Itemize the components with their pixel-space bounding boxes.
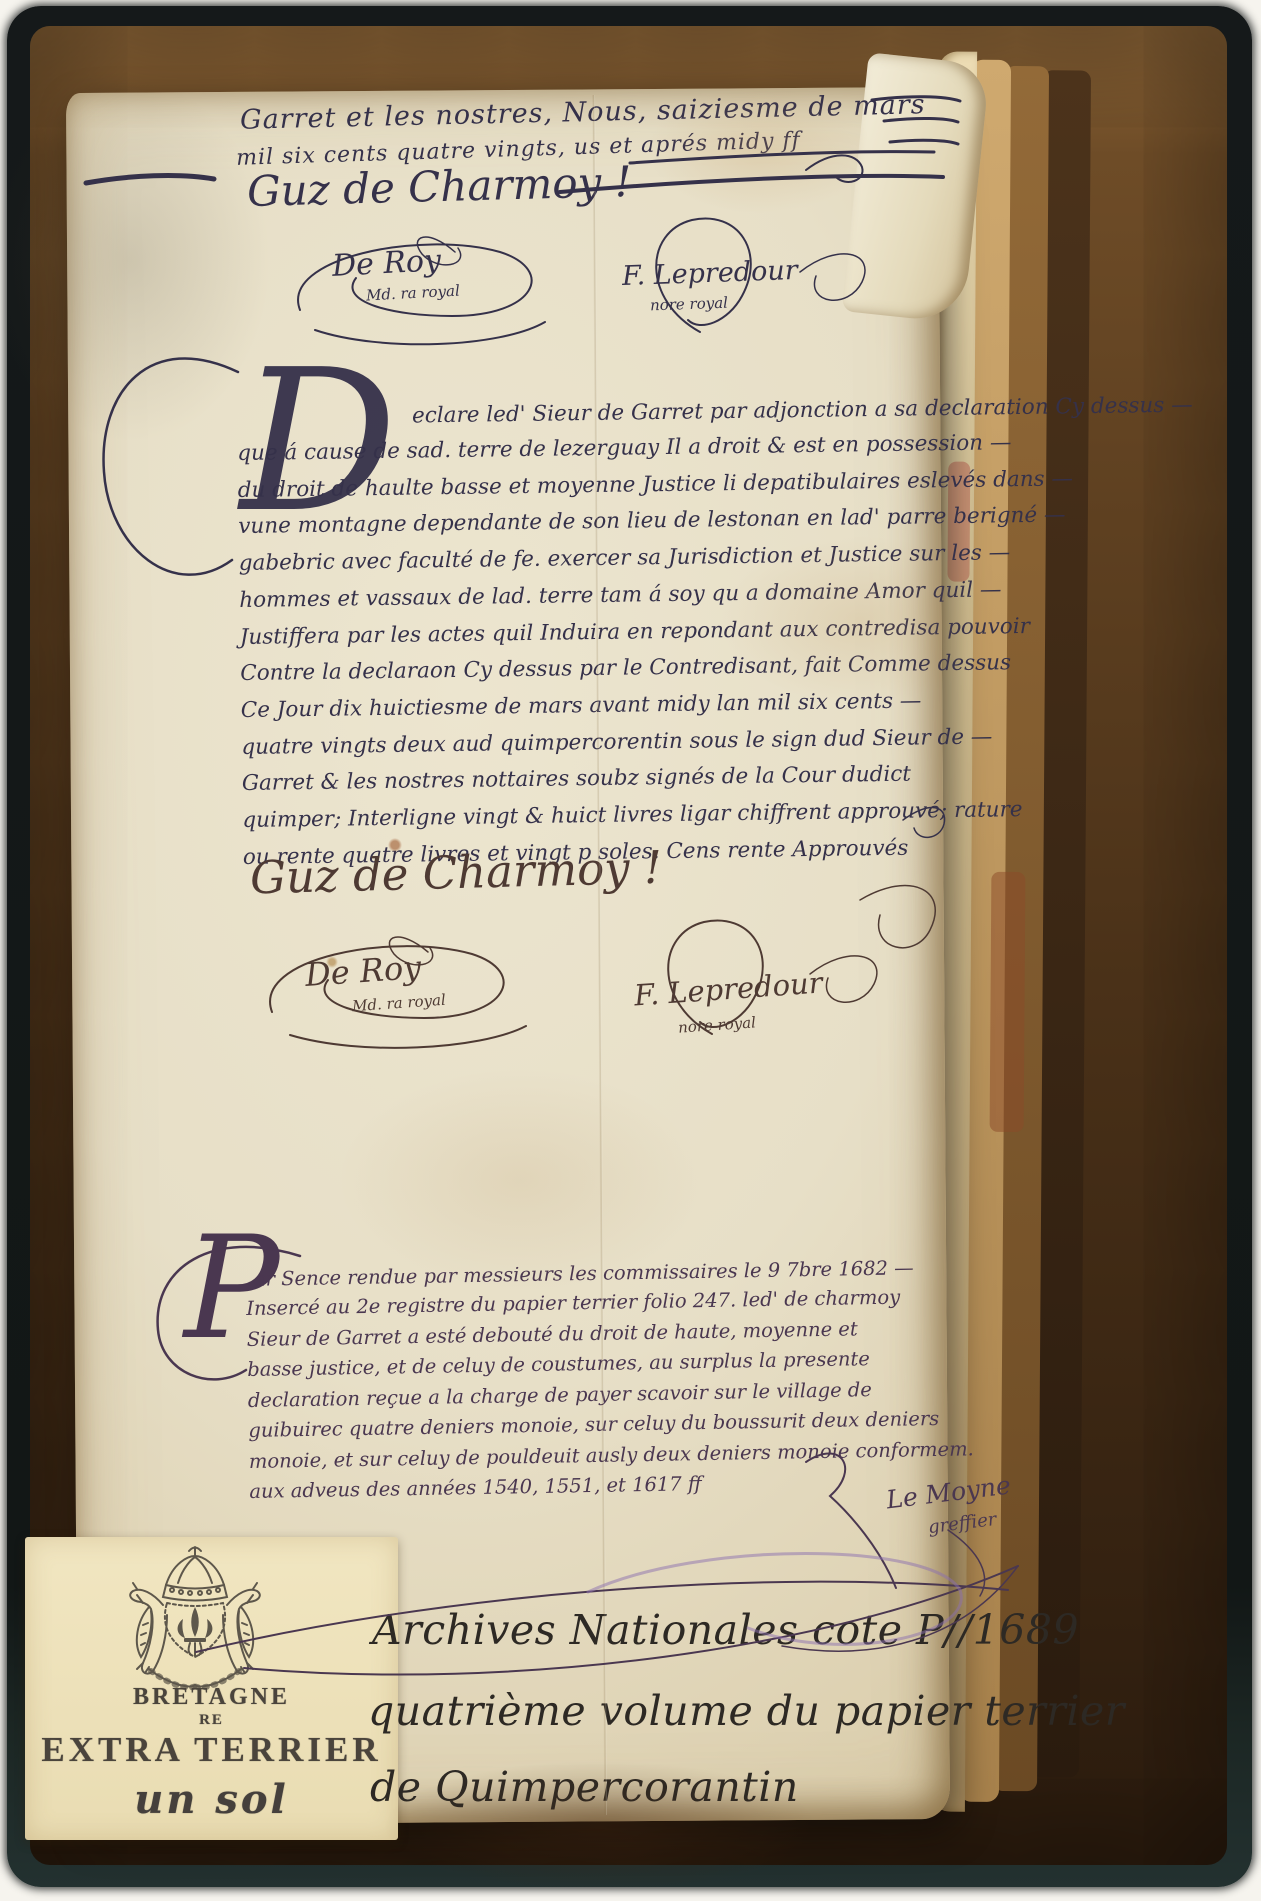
stamp-region-label: BRETAGNE (25, 1684, 398, 1711)
signature-lepredour-title: nore royal (650, 294, 729, 315)
caption-line: de Quimpercorantin (370, 1763, 799, 1811)
caption-line: quatrième volume du papier terrier (368, 1687, 1125, 1735)
page-edge-tint (990, 872, 1026, 1132)
signature-charmoy: Guz de Charmoy ! (249, 841, 662, 905)
stamp-title-label: EXTRA TERRIER (25, 1730, 398, 1770)
book-page-edges (927, 51, 1091, 1812)
declaration-paragraph: que á cause de sad. terre de lezerguay I… (237, 424, 1078, 876)
signature-roy: De Roy (331, 243, 442, 284)
signature-lepredour: F. Lepredour (622, 255, 799, 292)
stamp-re-label: RE (25, 1712, 398, 1729)
signature-charmoy: Guz de Charmoy ! (246, 157, 632, 216)
stamp-value-handwritten: un sol (25, 1776, 398, 1823)
manuscript-photo: Garret et les nostres, Nous, saiziesme d… (0, 0, 1261, 1901)
caption-line: Archives Nationales cote P//1689 (372, 1606, 1079, 1654)
signature-roy: De Roy (304, 948, 423, 994)
addendum-paragraph: Insercé au 2e registre du papier terrier… (246, 1281, 975, 1507)
